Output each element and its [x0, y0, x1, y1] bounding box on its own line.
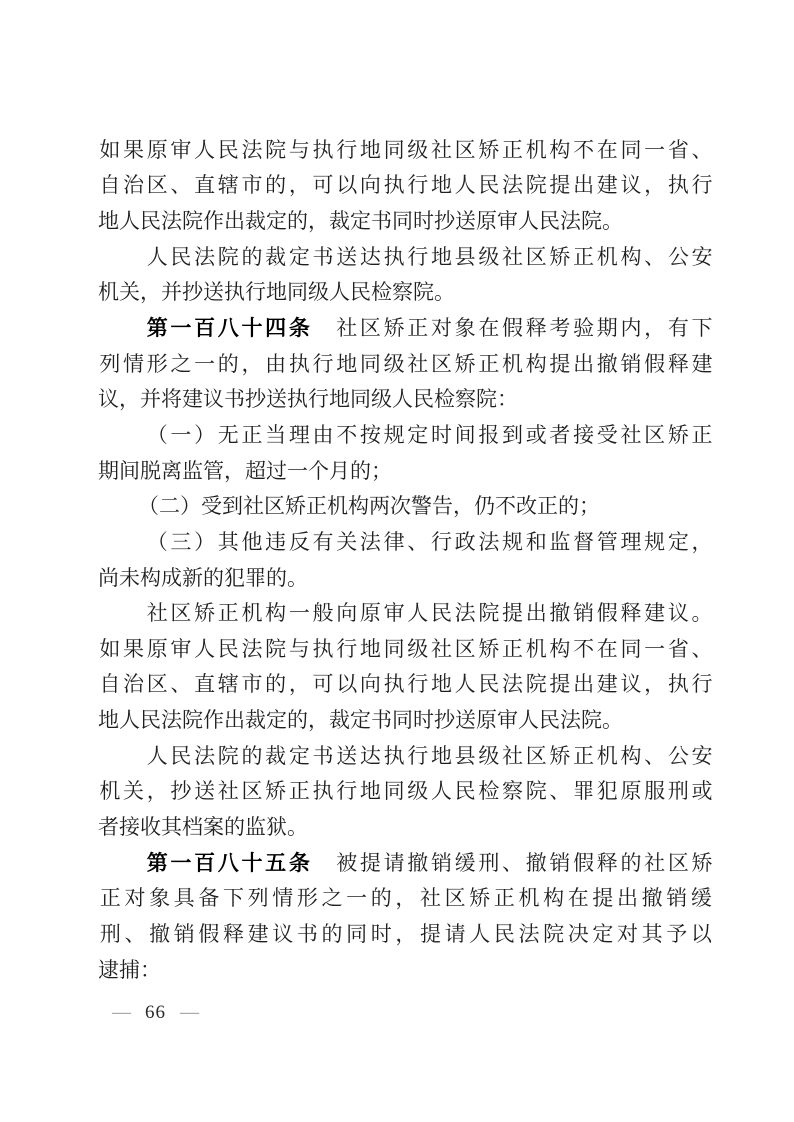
body-char: 超	[245, 455, 266, 485]
body-char: ，	[288, 668, 312, 698]
body-char: 的	[240, 740, 264, 770]
body-char: 定	[406, 419, 430, 449]
body-char: 建	[643, 597, 667, 627]
body-char: ：	[140, 954, 161, 984]
text-line: （一）无正当理由不按规定时间报到或者接受社区矫正	[98, 416, 714, 452]
body-char: 建	[595, 169, 619, 199]
body-char: 区	[524, 241, 548, 271]
body-char: 释	[667, 348, 691, 378]
body-char: 社	[430, 633, 454, 663]
body-char: 察	[455, 383, 476, 413]
body-char: 、	[406, 526, 430, 556]
body-char: 人	[145, 241, 169, 271]
body-char: 送	[203, 276, 224, 306]
body-char: 形	[145, 348, 169, 378]
body-char: 自	[98, 169, 122, 199]
body-char: ，	[394, 882, 419, 912]
body-char: 销	[664, 882, 689, 912]
body-char: 按	[359, 419, 383, 449]
body-char: 在	[595, 633, 619, 663]
body-char: 人	[430, 775, 454, 805]
body-char: 刑	[98, 918, 123, 948]
body-char: 决	[566, 918, 591, 948]
body-char: 社	[501, 241, 525, 271]
article-number-char: 八	[216, 847, 240, 877]
body-char: 正	[306, 490, 327, 520]
body-char: 原	[145, 134, 169, 164]
body-char: 出	[615, 882, 640, 912]
body-char: 人	[453, 169, 477, 199]
body-char: 其	[161, 811, 182, 841]
body-char: 书	[311, 241, 335, 271]
body-char: 人	[145, 740, 169, 770]
body-char: ，	[308, 704, 329, 734]
body-char: 议	[667, 597, 691, 627]
body-char: 正	[406, 312, 430, 342]
body-char: 情	[122, 348, 146, 378]
body-char: 一	[643, 134, 667, 164]
body-char: 院	[264, 134, 288, 164]
body-char: 级	[406, 775, 430, 805]
body-char: 接	[572, 419, 596, 449]
body-char: 院	[216, 241, 240, 271]
body-char: ，	[453, 490, 474, 520]
body-char: 构	[548, 633, 572, 663]
body-char: 无	[216, 419, 240, 449]
body-char: 原	[476, 704, 497, 734]
body-char: 逮	[98, 954, 119, 984]
body-char: 释	[619, 597, 643, 627]
body-char: 人	[453, 668, 477, 698]
body-char: 形	[295, 882, 320, 912]
body-char: 民	[140, 205, 161, 235]
body-char: 行	[311, 348, 335, 378]
body-char: 区	[453, 134, 477, 164]
body-char: 、	[643, 740, 667, 770]
body-char: 执	[667, 668, 691, 698]
body-char: 议	[619, 668, 643, 698]
body-char: 人	[193, 134, 217, 164]
body-char: 出	[572, 668, 596, 698]
body-char: 缓	[453, 847, 477, 877]
body-char: 矫	[467, 882, 492, 912]
body-char: 行	[430, 526, 454, 556]
body-char: 释	[221, 918, 246, 948]
body-char: 犯	[224, 562, 245, 592]
body-char: 对	[123, 882, 148, 912]
body-char: 区	[264, 490, 285, 520]
body-char: 抄	[169, 775, 193, 805]
body-char: 象	[147, 882, 172, 912]
body-char: 个	[308, 455, 329, 485]
body-char: 罪	[245, 562, 266, 592]
body-char: 规	[382, 419, 406, 449]
body-char: （	[145, 419, 169, 449]
body-char: 送	[455, 205, 476, 235]
body-char: 检	[477, 775, 501, 805]
body-char: 向	[359, 169, 383, 199]
body-char: 直	[193, 169, 217, 199]
text-line: （三）其他违反有关法律、行政法规和监督管理规定，	[98, 523, 714, 559]
body-char: 矫	[548, 241, 572, 271]
body-char: 执	[667, 169, 691, 199]
body-char: 提	[418, 918, 443, 948]
body-char: 社	[430, 134, 454, 164]
article-number-char: 四	[264, 312, 288, 342]
body-char: 假	[501, 312, 525, 342]
body-char: 民	[539, 704, 560, 734]
body-char: 级	[406, 633, 430, 663]
text-line: 期间脱离监管，超过一个月的；	[98, 452, 378, 488]
body-char: 裁	[329, 704, 350, 734]
body-char: 出	[572, 348, 596, 378]
article-number-char: 五	[264, 847, 288, 877]
body-char: 社	[418, 882, 443, 912]
body-char: 行	[690, 169, 714, 199]
body-char: 地	[359, 134, 383, 164]
body-char: 矫	[453, 348, 477, 378]
body-char: 地	[266, 276, 287, 306]
body-char: 提	[548, 348, 572, 378]
body-char: 行	[308, 383, 329, 413]
body-char: （	[138, 490, 159, 520]
body-char: 行	[406, 241, 430, 271]
body-char: 者	[548, 419, 572, 449]
body-char: 、	[690, 633, 714, 663]
body-char: 。	[690, 597, 714, 627]
body-char: （	[145, 526, 169, 556]
body-char: 审	[169, 134, 193, 164]
article-number-char: 条	[288, 312, 312, 342]
body-char: 、	[123, 918, 148, 948]
body-char: ，	[690, 526, 714, 556]
body-char: 可	[311, 668, 335, 698]
text-line: 第一百八十四条社区矫正对象在假释考验期内，有下	[98, 309, 714, 345]
body-char: 行	[335, 633, 359, 663]
body-char: 一	[169, 419, 193, 449]
body-char: 县	[453, 241, 477, 271]
body-char: 不	[572, 134, 596, 164]
body-char: 院	[524, 775, 548, 805]
article-number-char: 条	[288, 847, 312, 877]
body-char: 机	[524, 633, 548, 663]
body-char: 月	[329, 455, 350, 485]
body-char: 时	[369, 918, 394, 948]
body-char: 法	[560, 704, 581, 734]
body-char: 提	[548, 668, 572, 698]
body-char: 区	[359, 312, 383, 342]
body-char: 行	[245, 276, 266, 306]
body-char: 民	[169, 740, 193, 770]
body-char: 裁	[264, 241, 288, 271]
body-char: ，	[643, 169, 667, 199]
body-char: 法	[161, 205, 182, 235]
body-char: 并	[161, 276, 182, 306]
body-char: 矫	[382, 312, 406, 342]
body-char: 治	[122, 169, 146, 199]
body-char: 以	[335, 668, 359, 698]
body-char: 对	[430, 312, 454, 342]
body-char: 人	[193, 633, 217, 663]
body-char: ，	[643, 668, 667, 698]
body-char: 成	[161, 562, 182, 592]
body-char: 。	[434, 276, 455, 306]
body-char: 构	[541, 882, 566, 912]
body-char: 备	[197, 882, 222, 912]
body-char: 机	[240, 597, 264, 627]
body-char: 定	[350, 205, 371, 235]
body-char: 正	[690, 419, 714, 449]
body-char: 区	[145, 668, 169, 698]
body-char: 般	[311, 597, 335, 627]
body-char: 定	[350, 704, 371, 734]
body-char: 执	[382, 740, 406, 770]
body-char: 管	[595, 526, 619, 556]
body-char: 院	[413, 276, 434, 306]
body-char: 督	[572, 526, 596, 556]
body-char: 区	[524, 740, 548, 770]
body-char: 他	[240, 526, 264, 556]
body-char: 级	[382, 348, 406, 378]
body-char: 民	[453, 775, 477, 805]
body-char: 果	[122, 134, 146, 164]
body-char: 销	[619, 348, 643, 378]
body-char: 审	[169, 633, 193, 663]
body-char: 同	[350, 383, 371, 413]
body-char: 裁	[245, 704, 266, 734]
body-char: 原	[359, 597, 383, 627]
body-char: 的	[224, 811, 245, 841]
body-char: 狱	[266, 811, 287, 841]
body-char: 矫	[667, 419, 691, 449]
body-char: 人	[392, 383, 413, 413]
body-char: 正	[501, 134, 525, 164]
body-char: 之	[320, 882, 345, 912]
body-char: ，	[308, 205, 329, 235]
body-char: 地	[359, 775, 383, 805]
body-char: 矫	[193, 597, 217, 627]
body-char: 出	[572, 169, 596, 199]
body-char: 向	[359, 668, 383, 698]
article-number-char: 百	[193, 312, 217, 342]
body-char: 原	[145, 633, 169, 663]
body-char: 二	[159, 490, 180, 520]
body-char: 如	[98, 633, 122, 663]
body-char: 矫	[477, 134, 501, 164]
body-char: 达	[359, 241, 383, 271]
body-char: 违	[264, 526, 288, 556]
body-char: 新	[182, 562, 203, 592]
body-char: 予	[664, 918, 689, 948]
body-char: 政	[453, 526, 477, 556]
body-char: 县	[453, 740, 477, 770]
body-char: 考	[548, 312, 572, 342]
body-char: 机	[98, 276, 119, 306]
body-char: ，	[145, 775, 169, 805]
text-line: （二）受到社区矫正机构两次警告，仍不改正的；	[98, 487, 578, 523]
body-char: 缓	[689, 882, 714, 912]
body-char: 可	[311, 169, 335, 199]
body-char: 具	[172, 882, 197, 912]
body-char: 。	[287, 562, 308, 592]
body-char: 其	[640, 918, 665, 948]
body-char: 关	[335, 526, 359, 556]
body-char: 其	[216, 526, 240, 556]
body-char: 、	[169, 169, 193, 199]
body-char: 区	[430, 348, 454, 378]
body-char: 人	[406, 597, 430, 627]
body-char: 院	[264, 633, 288, 663]
body-char: 的	[264, 169, 288, 199]
body-char: 安	[690, 241, 714, 271]
body-char: 规	[501, 526, 525, 556]
body-char: 执	[224, 276, 245, 306]
body-char: 正	[501, 633, 525, 663]
body-char: 构	[619, 241, 643, 271]
body-char: ，	[140, 276, 161, 306]
body-char: 的	[216, 348, 240, 378]
body-char: 社	[643, 847, 667, 877]
body-char: 民	[477, 169, 501, 199]
body-char: 作	[203, 205, 224, 235]
body-char: 一	[193, 348, 217, 378]
body-char: 院	[476, 383, 497, 413]
body-char: 民	[539, 205, 560, 235]
body-char: 有	[667, 312, 691, 342]
body-char: 民	[430, 597, 454, 627]
body-char: 治	[122, 668, 146, 698]
body-char: 机	[501, 348, 525, 378]
body-char: 裁	[264, 740, 288, 770]
body-char: 同	[344, 918, 369, 948]
body-char: 关	[119, 276, 140, 306]
body-char: 同	[382, 633, 406, 663]
body-char: 的	[619, 847, 643, 877]
text-line: 如果原审人民法院与执行地同级社区矫正机构不在同一省、	[98, 630, 714, 666]
text-line: 自治区、直辖市的，可以向执行地人民法院提出建议，执行	[98, 167, 714, 203]
body-char: 法	[240, 134, 264, 164]
body-char: 。	[602, 205, 623, 235]
body-char: 下	[221, 882, 246, 912]
body-char: 监	[182, 455, 203, 485]
body-char: 或	[524, 419, 548, 449]
body-char: 档	[182, 811, 203, 841]
body-char: 律	[382, 526, 406, 556]
body-char: 定	[288, 241, 312, 271]
body-char: 执	[311, 633, 335, 663]
body-char: 内	[619, 312, 643, 342]
body-char: 、	[548, 775, 572, 805]
body-char: 理	[619, 526, 643, 556]
article-number-char: 一	[169, 847, 193, 877]
body-char: 院	[524, 169, 548, 199]
body-char: 机	[517, 882, 542, 912]
body-char: ：	[497, 383, 518, 413]
body-char: 民	[477, 668, 501, 698]
body-char: 同	[287, 276, 308, 306]
body-char: 社	[216, 775, 240, 805]
body-char: 三	[169, 526, 193, 556]
body-char: 正	[98, 882, 123, 912]
body-char: 监	[245, 811, 266, 841]
text-block: 如果原审人民法院与执行地同级社区矫正机构不在同一省、自治区、直辖市的，可以向执行…	[98, 131, 714, 986]
body-char: 请	[382, 847, 406, 877]
body-char: 地	[98, 205, 119, 235]
body-char: 释	[524, 312, 548, 342]
body-char: 区	[240, 775, 264, 805]
body-char: 撤	[524, 847, 548, 877]
body-char: 撤	[640, 882, 665, 912]
body-char: 构	[140, 562, 161, 592]
body-char: 改	[516, 490, 537, 520]
body-char: 与	[288, 134, 312, 164]
body-char: 地	[98, 704, 119, 734]
body-char: 地	[430, 740, 454, 770]
footer-left-dash: —	[112, 1004, 131, 1022]
body-char: 建	[690, 348, 714, 378]
body-char: 的	[264, 668, 288, 698]
body-char: 提	[359, 847, 383, 877]
body-char: 离	[161, 455, 182, 485]
body-char: 民	[492, 918, 517, 948]
body-char: ；	[371, 455, 392, 485]
body-char: 刑	[477, 847, 501, 877]
body-char: 当	[264, 419, 288, 449]
body-char: 的	[350, 455, 371, 485]
body-char: 构	[348, 490, 369, 520]
body-char: 销	[548, 847, 572, 877]
body-char: 受	[201, 490, 222, 520]
body-char: 执	[382, 169, 406, 199]
text-line: 自治区、直辖市的，可以向执行地人民法院提出建议，执行	[98, 666, 714, 702]
body-char: 时	[413, 205, 434, 235]
page-footer: — 66 —	[112, 1000, 199, 1026]
body-char: 的	[320, 918, 345, 948]
body-char: 提	[501, 597, 525, 627]
body-char: 原	[476, 205, 497, 235]
body-char: 民	[216, 633, 240, 663]
body-char: 正	[477, 348, 501, 378]
body-char: 区	[667, 847, 691, 877]
body-char: 省	[667, 633, 691, 663]
body-char: 送	[335, 241, 359, 271]
body-char: ）	[193, 419, 217, 449]
body-char: 收	[140, 811, 161, 841]
body-char: 行	[406, 169, 430, 199]
document-page: 如果原审人民法院与执行地同级社区矫正机构不在同一省、自治区、直辖市的，可以向执行…	[0, 0, 794, 1122]
body-char: 抄	[434, 704, 455, 734]
body-char: 院	[541, 918, 566, 948]
text-line: 列情形之一的，由执行地同级社区矫正机构提出撤销假释建	[98, 345, 714, 381]
body-char: 级	[477, 740, 501, 770]
body-char: 市	[240, 169, 264, 199]
body-char: 人	[518, 704, 539, 734]
body-char: 在	[477, 312, 501, 342]
article-number-char: 十	[240, 847, 264, 877]
body-char: 正	[216, 597, 240, 627]
body-char: 的	[203, 562, 224, 592]
body-char: 裁	[245, 205, 266, 235]
body-char: 定	[667, 526, 691, 556]
body-char: 销	[572, 597, 596, 627]
body-char: 社	[619, 419, 643, 449]
body-char: 、	[690, 134, 714, 164]
text-line: 者接收其档案的监狱。	[98, 808, 298, 844]
body-char: 作	[203, 704, 224, 734]
body-char: ，	[288, 169, 312, 199]
body-char: 请	[443, 918, 468, 948]
body-char: 期	[595, 312, 619, 342]
